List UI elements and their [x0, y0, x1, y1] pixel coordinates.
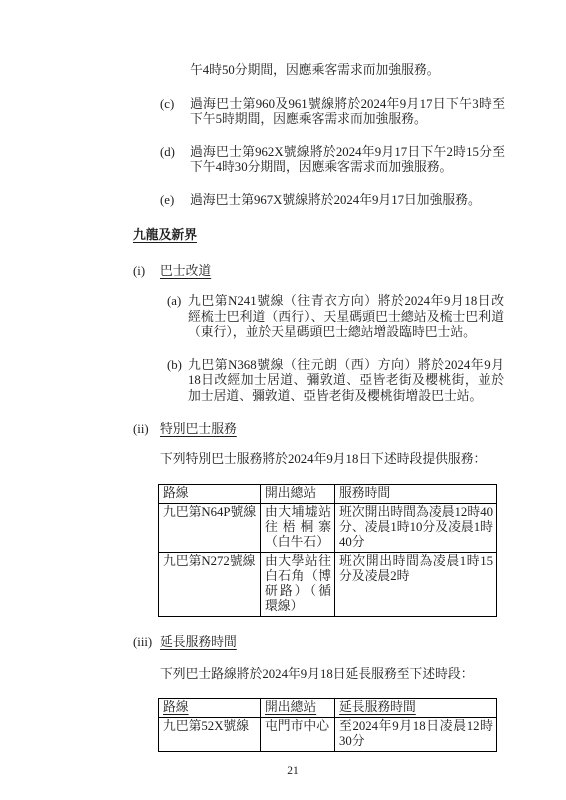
- subsection-title: 特別巴士服務: [160, 422, 237, 438]
- item-text: 九巴第N241號線（往青衣方向）將於2024年9月18日改經梳士巴利道（西行）、…: [188, 294, 504, 341]
- subsection-label: (iii): [133, 635, 160, 651]
- continuation-text: 午4時50分期間，因應乘客需求而加強服務。: [190, 63, 510, 79]
- document-page: 午4時50分期間，因應乘客需求而加強服務。 (c) 過海巴士第960及961號線…: [0, 0, 566, 800]
- list-item-c: (c) 過海巴士第960及961號線將於2024年9月17日下午3時至下午5時期…: [160, 97, 566, 128]
- subsection-iii-heading: (iii) 延長服務時間: [133, 635, 566, 651]
- subsection-label: (ii): [133, 422, 160, 438]
- table-row: 九巴第N64P號線 由大埔墟站往梧桐寨（白牛石） 班次開出時間為凌晨12時40分…: [159, 504, 497, 553]
- item-label: (e): [160, 193, 190, 209]
- list-item-d: (d) 過海巴士第962X號線將於2024年9月17日下午2時15分至下午4時3…: [160, 145, 566, 176]
- intro-text: 下列巴士路線將於2024年9月18日延長服務至下述時段：: [160, 667, 520, 683]
- table-header-cell: 開出總站: [261, 485, 335, 504]
- table-cell-terminus: 由大埔墟站往梧桐寨（白牛石）: [261, 504, 335, 553]
- subsection-label: (i): [133, 264, 160, 280]
- table-header-text: 開出總站: [265, 700, 316, 714]
- item-text: 過海巴士第960及961號線將於2024年9月17日下午3時至下午5時期間，因應…: [190, 97, 505, 128]
- table-header-cell: 延長服務時間: [335, 699, 497, 718]
- subsection-title: 延長服務時間: [160, 635, 237, 651]
- subsection-ii-heading: (ii) 特別巴士服務: [133, 422, 566, 438]
- table-header-text: 路線: [163, 700, 189, 714]
- intro-text: 下列特別巴士服務將於2024年9月18日下述時段提供服務：: [160, 452, 520, 468]
- extended-service-table: 路線 開出總站 延長服務時間 九巴第52X號線 屯門市中心 至2024年9月18…: [158, 698, 497, 752]
- table-header-cell: 開出總站: [261, 699, 335, 718]
- subsection-title: 巴士改道: [160, 264, 211, 280]
- item-text: 過海巴士第962X號線將於2024年9月17日下午2時15分至下午4時30分期間…: [190, 145, 505, 176]
- item-label: (d): [160, 145, 190, 176]
- table-header-cell: 路線: [159, 699, 261, 718]
- table-header-row: 路線 開出總站 延長服務時間: [159, 699, 497, 718]
- item-label: (c): [160, 97, 190, 128]
- item-text: 九巴第N368號線（往元朗（西）方向）將於2024年9月18日改經加士居道、彌敦…: [188, 358, 504, 405]
- item-label: (b): [167, 358, 188, 405]
- table-cell-time: 至2024年9月18日凌晨12時30分: [335, 718, 497, 752]
- table-cell-route: 九巴第52X號線: [159, 718, 261, 752]
- item-text: 過海巴士第967X號線將於2024年9月17日加強服務。: [190, 193, 505, 209]
- table-header-cell: 服務時間: [335, 485, 497, 504]
- list-item-b: (b) 九巴第N368號線（往元朗（西）方向）將於2024年9月18日改經加士居…: [167, 358, 566, 405]
- page-number: 21: [10, 764, 566, 780]
- special-service-table: 路線 開出總站 服務時間 九巴第N64P號線 由大埔墟站往梧桐寨（白牛石） 班次…: [158, 484, 497, 617]
- table-cell-time: 班次開出時間為凌晨1時15分及凌晨2時: [335, 553, 497, 617]
- table-row: 九巴第N272號線 由大學站往白石角（博研路）（循環線） 班次開出時間為凌晨1時…: [159, 553, 497, 617]
- table-header-row: 路線 開出總站 服務時間: [159, 485, 497, 504]
- table-cell-terminus: 由大學站往白石角（博研路）（循環線）: [261, 553, 335, 617]
- subsection-i-heading: (i) 巴士改道: [133, 264, 566, 280]
- table-cell-time: 班次開出時間為凌晨12時40分、凌晨1時10分及凌晨1時40分: [335, 504, 497, 553]
- list-item-a: (a) 九巴第N241號線（往青衣方向）將於2024年9月18日改經梳士巴利道（…: [167, 294, 566, 341]
- table-header-text: 延長服務時間: [339, 700, 416, 714]
- section-heading: 九龍及新界: [133, 228, 566, 244]
- item-label: (a): [167, 294, 188, 341]
- table-header-cell: 路線: [159, 485, 261, 504]
- list-item-e: (e) 過海巴士第967X號線將於2024年9月17日加強服務。: [160, 193, 566, 209]
- table-row: 九巴第52X號線 屯門市中心 至2024年9月18日凌晨12時30分: [159, 718, 497, 752]
- table-cell-terminus: 屯門市中心: [261, 718, 335, 752]
- table-cell-route: 九巴第N64P號線: [159, 504, 261, 553]
- table-cell-route: 九巴第N272號線: [159, 553, 261, 617]
